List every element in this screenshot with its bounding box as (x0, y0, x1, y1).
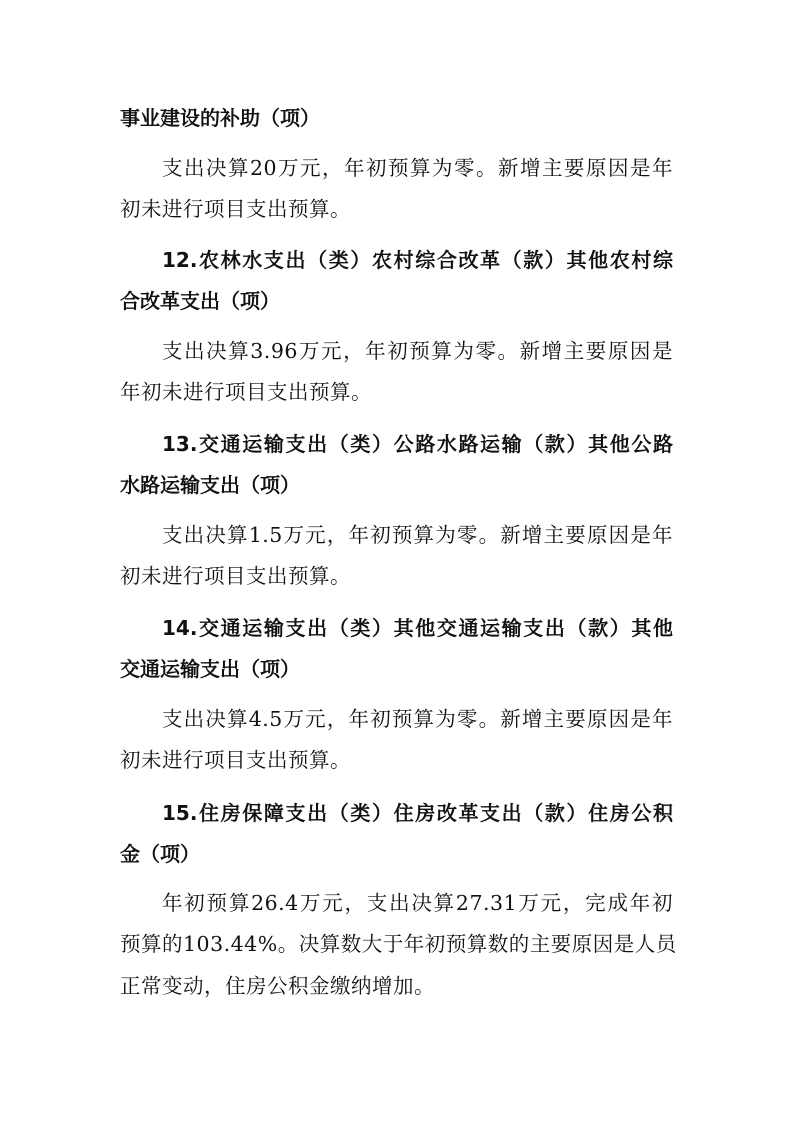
section-body-line: 支出决算4.5万元，年初预算为零。新增主要原因是年 (162, 704, 673, 734)
document-page: 事业建设的补助（项） 支出决算20万元，年初预算为零。新增主要原因是年 初未进行… (0, 0, 793, 1122)
section-body-line: 初未进行项目支出预算。 (120, 194, 673, 224)
section-heading: 12.农林水支出（类）农村综合改革（款）其他农村综 (162, 245, 673, 275)
section-heading: 14.交通运输支出（类）其他交通运输支出（款）其他 (162, 613, 673, 643)
section-body-line: 年初预算26.4万元，支出决算27.31万元，完成年初 (162, 888, 673, 918)
section-body-line: 年初未进行项目支出预算。 (120, 377, 673, 407)
section-body-line: 支出决算20万元，年初预算为零。新增主要原因是年 (162, 153, 673, 183)
section-body-line: 支出决算3.96万元，年初预算为零。新增主要原因是 (162, 336, 673, 366)
section-heading: 交通运输支出（项） (120, 654, 673, 684)
section-heading: 事业建设的补助（项） (120, 103, 673, 133)
section-body-line: 正常变动，住房公积金缴纳增加。 (120, 971, 673, 1001)
section-body-line: 预算的103.44%。决算数大于年初预算数的主要原因是人员 (120, 929, 673, 959)
section-heading: 15.住房保障支出（类）住房改革支出（款）住房公积 (162, 798, 673, 828)
section-heading: 合改革支出（项） (120, 286, 673, 316)
section-heading: 13.交通运输支出（类）公路水路运输（款）其他公路 (162, 429, 673, 459)
section-body-line: 支出决算1.5万元，年初预算为零。新增主要原因是年 (162, 520, 673, 550)
section-heading: 金（项） (120, 839, 673, 869)
section-body-line: 初未进行项目支出预算。 (120, 745, 673, 775)
section-heading: 水路运输支出（项） (120, 470, 673, 500)
section-body-line: 初未进行项目支出预算。 (120, 561, 673, 591)
